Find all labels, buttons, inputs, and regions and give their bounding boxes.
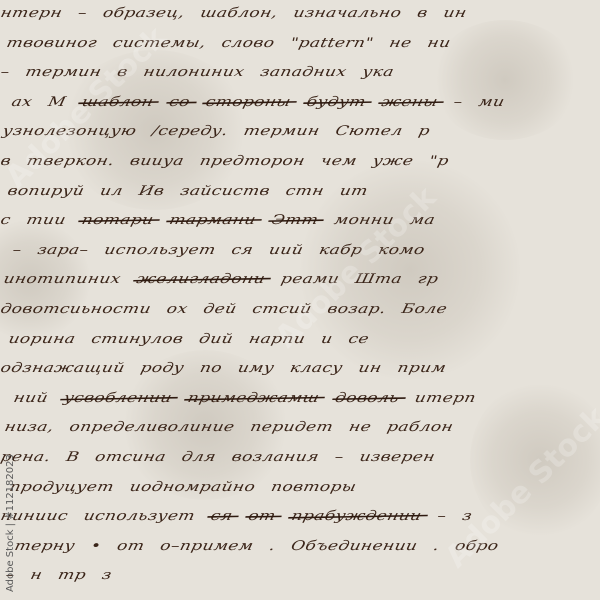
handwritten-word: дей [202,301,238,317]
handwritten-word: дий [198,331,235,347]
handwritten-word: образец, [101,5,186,21]
handwritten-word: будут [305,94,367,110]
handwritten-line: ниниисиспользуетсяотпрабуждении–з [0,508,600,530]
handwritten-word: прим [396,360,448,376]
handwritten-word: от [116,538,146,554]
handwritten-word: одзнажащий [0,360,126,376]
handwritten-line: рена.Вотсинадлявозлания–изверен [0,449,600,471]
handwritten-word: Ив [137,183,166,199]
handwritten-line: нтерн–образец,шаблон,изначальновин [0,5,600,27]
handwritten-word: довотсиьности [0,301,153,317]
handwritten-word: стороны [204,94,292,110]
handwritten-word: монни [333,212,396,228]
handwritten-word: комо [377,242,427,258]
handwritten-word: – [11,242,23,258]
handwritten-word: шаблон [80,94,155,110]
handwritten-word: ох [165,301,189,317]
handwritten-word: изверен [358,449,436,465]
handwritten-word: со [168,94,192,110]
handwritten-word: низа, [3,419,55,435]
handwritten-word: се [347,331,371,347]
handwritten-word: тармани [168,212,258,228]
handwritten-word: инотипиних [2,271,122,287]
handwritten-word: зайсиств [179,183,272,199]
handwritten-line: узнолезонцую/середу.терминСютелр [0,123,600,145]
handwritten-word: нарпи [247,331,306,347]
handwritten-word: – [76,5,88,21]
handwritten-word: нтерн [0,5,64,21]
handwritten-word: Сютел [334,123,404,139]
handwritten-word: узнолезонцую [1,123,138,139]
handwritten-word: обро [454,538,501,554]
handwritten-word: слово [220,35,276,51]
handwritten-word: /середу. [151,123,230,139]
handwritten-line: –зара–используетсяиийкабркомо [0,242,600,264]
handwritten-word: Шта [353,271,403,287]
handwritten-word: "pattern" [289,35,375,51]
handwritten-word: иорина [7,331,77,347]
handwritten-word: ин [442,5,468,21]
handwritten-line: одзнажащийродупоимукласуинприм [0,360,600,382]
handwritten-word: ит [338,183,369,199]
handwritten-line: вопируйилИвзайсиствстнит [0,183,600,205]
handwritten-word: стинулов [90,331,185,347]
handwritten-word: шаблон, [199,5,279,21]
handwritten-word: итерп [413,390,477,406]
handwriting-image: нтерн–образец,шаблон,изначальновинтвовин… [0,0,600,600]
handwritten-word: ся [209,508,234,524]
handwritten-word: класу [288,360,344,376]
handwritten-word: ся [230,242,255,258]
handwritten-word: от [247,508,277,524]
handwritten-word: примеджамш [186,390,321,406]
handwritten-word: жены [380,94,439,110]
handwritten-word: "р [428,153,451,169]
handwritten-word: желигладони [135,271,267,287]
handwritten-word: определиволиние [68,419,236,435]
stock-id-label: Adobe Stock | #112182023 [5,462,16,592]
handwritten-word: западних [259,64,349,80]
handwritten-word: ма [408,212,436,228]
handwritten-word: гр [416,271,440,287]
handwritten-word: ин [357,360,383,376]
handwritten-line: иоринастинуловдийнарпиисе [0,331,600,353]
handwritten-word: ах [10,94,34,110]
handwritten-line: ахМшаблонсостороныбудутжены–ми [0,94,600,116]
handwritten-word: отсина [94,449,168,465]
handwritten-word: в [116,64,130,80]
handwritten-word: усвоблении [62,390,173,406]
handwritten-word: ил [99,183,125,199]
handwritten-word: уже [371,153,415,169]
handwritten-word: Боле [400,301,449,317]
handwritten-word: возар. [326,301,388,317]
handwritten-word: В [65,449,81,465]
handwritten-word: • [89,538,103,554]
handwritten-word: н [29,567,44,583]
handwritten-word: предторон [198,153,306,169]
handwritten-line: –нтрз [0,567,600,589]
handwritten-word: потари [80,212,155,228]
handwritten-word: по [198,360,223,376]
handwritten-word: чем [319,153,358,169]
handwritten-word: р [417,123,432,139]
handwritten-line: твовиногсистемы,слово"pattern"нени [0,35,600,57]
handwritten-word: кабр [318,242,364,258]
handwritten-word: вопируй [6,183,86,199]
handwritten-line: втверкон.вииуапредторончемуже"р [0,153,600,175]
handwritten-word: реами [279,271,340,287]
handwritten-word: не [347,419,372,435]
handwritten-word: стн [284,183,325,199]
handwritten-line: низа,определиволиниеперидетнераблон [0,419,600,441]
handwritten-line: терну•ото–примем.Объединении.обро [0,538,600,560]
handwritten-word: в [0,153,13,169]
handwritten-word: твовиног [5,35,99,51]
handwritten-word: не [388,35,413,51]
handwritten-word: – [436,508,448,524]
handwritten-word: с [0,212,12,228]
handwritten-line: инотипинихжелигладониреамиШтагр [0,271,600,293]
handwritten-word: М [47,94,68,110]
handwritten-word: . [268,538,277,554]
handwritten-word: Этт [270,212,320,228]
handwritten-word: ука [361,64,396,80]
handwritten-word: системы, [111,35,207,51]
handwritten-word: тр [57,567,88,583]
handwritten-word: з [461,508,474,524]
handwritten-word: для [180,449,217,465]
handwritten-word: Объединении [290,538,420,554]
handwritten-word: доволь [334,390,401,406]
handwritten-word: перидет [249,419,335,435]
handwritten-word: стсий [251,301,313,317]
handwritten-word: ний [12,390,50,406]
handwritten-word: раблон [385,419,454,435]
handwritten-word: ми [477,94,506,110]
handwritten-word: термин [24,64,103,80]
handwritten-word: зара– [36,242,90,258]
handwritten-word: – [0,64,11,80]
handwritten-word: использует [82,508,196,524]
handwritten-word: ни [426,35,452,51]
handwritten-line: –терминвнилонинихзападнихука [0,64,600,86]
handwritten-word: продуцует [8,479,116,495]
handwritten-word: возлания [230,449,320,465]
handwritten-word: . [432,538,441,554]
handwritten-word: иодномрайно [128,479,257,495]
handwritten-word: в [416,5,430,21]
handwritten-word: з [100,567,113,583]
handwritten-word: иму [236,360,275,376]
handwritten-line: довотсиьностиохдейстсийвозар.Боле [0,301,600,323]
handwritten-word: иий [267,242,304,258]
handwritten-word: термин [242,123,321,139]
handwritten-word: – [333,449,345,465]
handwritten-word: терну [13,538,76,554]
handwritten-word: нилониних [142,64,246,80]
handwritten-word: о–примем [159,538,255,554]
handwritten-word: использует [103,242,217,258]
handwritten-line: продуцуетиодномрайноповторы [0,479,600,501]
handwritten-word: роду [139,360,186,376]
handwritten-line: нийусвоблениипримеджамшдовольитерп [0,390,600,412]
handwritten-word: тверкон. [25,153,115,169]
handwritten-word: повторы [270,479,358,495]
handwritten-word: изначально [292,5,403,21]
handwritten-word: прабуждении [290,508,423,524]
handwritten-word: вииуа [128,153,185,169]
handwritten-line: стиипотаритарманиЭттмоннима [0,212,600,234]
handwritten-word: тии [25,212,68,228]
handwritten-word: – [452,94,464,110]
handwritten-word: и [320,331,335,347]
